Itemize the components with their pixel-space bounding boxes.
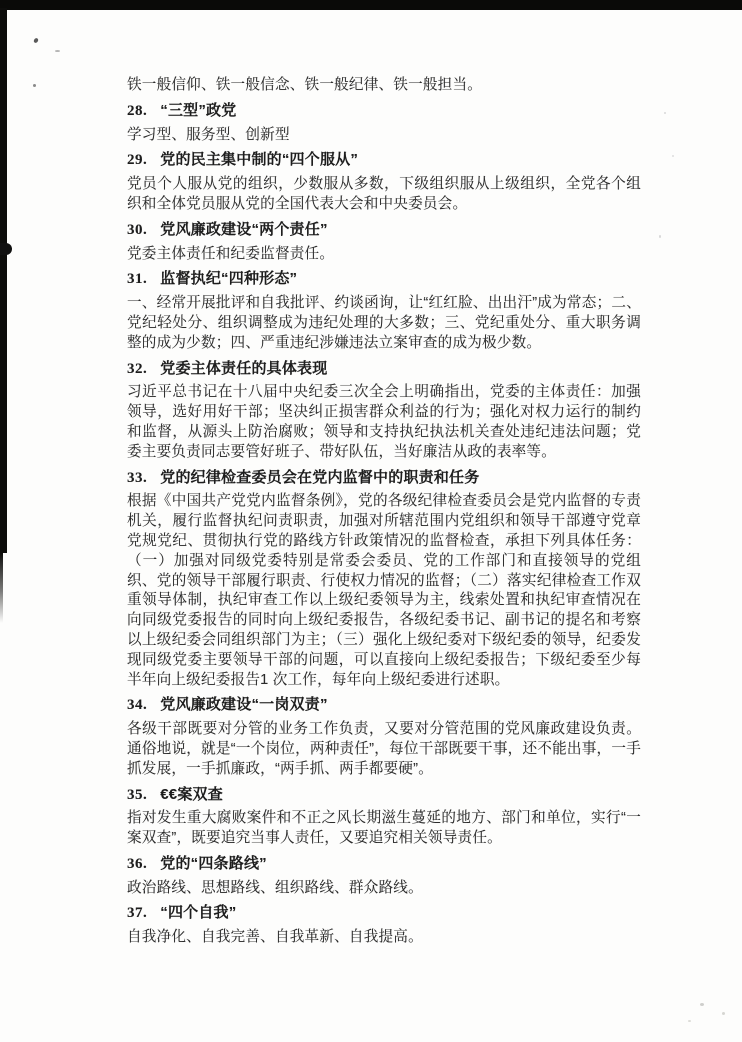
item-number: 30. <box>127 222 147 238</box>
item-number: 32. <box>127 361 147 377</box>
item-title: 监督执纪“四种形态” <box>160 270 297 287</box>
item-title: 党的民主集中制的“四个服从” <box>160 151 358 168</box>
scan-speck <box>55 50 60 52</box>
item-number: 37. <box>127 905 147 921</box>
list-item: 34.党风廉政建设“一岗双责” 各级干部既要对分管的业务工作负责，又要对分管范围… <box>127 695 641 779</box>
item-title: 党委主体责任的具体表现 <box>160 360 327 377</box>
scan-speck <box>664 112 666 114</box>
list-item: 29.党的民主集中制的“四个服从” 党员个人服从党的组织，少数服从多数，下级组织… <box>127 150 641 214</box>
item-body: 政治路线、思想路线、组织路线、群众路线。 <box>127 879 641 899</box>
list-item: 36.党的“四条路线” 政治路线、思想路线、组织路线、群众路线。 <box>127 854 641 899</box>
item-body: 学习型、服务型、创新型 <box>127 126 641 146</box>
list-item: 31.监督执纪“四种形态” 一、经常开展批评和自我批评、约谈函询，让“红红脸、出… <box>127 269 641 353</box>
item-heading: 35.€€案双查 <box>127 785 641 806</box>
list-item: 37.“四个自我” 自我净化、自我完善、自我革新、自我提高。 <box>127 903 641 948</box>
item-number: 31. <box>127 271 147 287</box>
list-item: 32.党委主体责任的具体表现 习近平总书记在十八届中央纪委三次全会上明确指出，党… <box>127 359 641 463</box>
item-number: 35. <box>127 787 147 803</box>
scan-speck <box>33 84 36 87</box>
item-heading: 28.“三型”政党 <box>127 101 641 122</box>
item-body: 党员个人服从党的组织，少数服从多数，下级组织服从上级组织，全党各个组织和全体党员… <box>127 175 641 215</box>
document-text-column: 铁一般信仰、铁一般信念、铁一般纪律、铁一般担当。 28.“三型”政党 学习型、服… <box>127 76 641 950</box>
item-number: 29. <box>127 152 147 168</box>
item-heading: 29.党的民主集中制的“四个服从” <box>127 150 641 171</box>
item-number: 34. <box>127 697 147 713</box>
item-body: 自我净化、自我完善、自我革新、自我提高。 <box>127 928 641 948</box>
item-title: 党风廉政建设“两个责任” <box>160 221 327 238</box>
list-item: 30.党风廉政建设“两个责任” 党委主体责任和纪委监督责任。 <box>127 220 641 265</box>
item-body: 习近平总书记在十八届中央纪委三次全会上明确指出，党委的主体责任：加强领导，选好用… <box>127 383 641 462</box>
scanned-document-page: 铁一般信仰、铁一般信念、铁一般纪律、铁一般担当。 28.“三型”政党 学习型、服… <box>0 0 742 1042</box>
list-item: 35.€€案双查 指对发生重大腐败案件和不正之风长期滋生蔓延的地方、部门和单位，… <box>127 785 641 849</box>
scan-speck <box>659 235 661 238</box>
item-heading: 33.党的纪律检查委员会在党内监督中的职责和任务 <box>127 468 641 489</box>
list-item: 33.党的纪律检查委员会在党内监督中的职责和任务 根据《中国共产党党内监督条例》… <box>127 468 641 691</box>
item-body: 指对发生重大腐败案件和不正之风长期滋生蔓延的地方、部门和单位，实行“一案双查”，… <box>127 809 641 849</box>
continuation-paragraph: 铁一般信仰、铁一般信念、铁一般纪律、铁一般担当。 <box>127 76 641 96</box>
item-body: 党委主体责任和纪委监督责任。 <box>127 245 641 265</box>
scan-speck <box>700 1003 704 1006</box>
item-number: 28. <box>127 103 147 119</box>
list-item: 28.“三型”政党 学习型、服务型、创新型 <box>127 101 641 146</box>
items-container: 28.“三型”政党 学习型、服务型、创新型 29.党的民主集中制的“四个服从” … <box>127 101 641 948</box>
scan-artifact-left-edge-fade <box>0 553 3 623</box>
item-title: “四个自我” <box>160 904 236 921</box>
item-body: 各级干部既要对分管的业务工作负责，又要对分管范围的党风廉政建设负责。通俗地说，就… <box>127 720 641 779</box>
scan-speck <box>722 1012 725 1015</box>
item-body: 根据《中国共产党党内监督条例》，党的各级纪律检查委员会是党内监督的专责机关，履行… <box>127 492 641 690</box>
item-heading: 36.党的“四条路线” <box>127 854 641 875</box>
scan-speck <box>672 155 674 157</box>
scan-speck <box>33 37 39 43</box>
scan-artifact-left-blotch <box>0 243 12 255</box>
item-heading: 34.党风廉政建设“一岗双责” <box>127 695 641 716</box>
item-title: 党的纪律检查委员会在党内监督中的职责和任务 <box>160 469 479 486</box>
item-heading: 37.“四个自我” <box>127 903 641 924</box>
item-title: 党的“四条路线” <box>160 855 267 872</box>
item-heading: 32.党委主体责任的具体表现 <box>127 359 641 380</box>
scan-artifact-left-edge <box>0 8 7 553</box>
item-number: 33. <box>127 470 147 486</box>
item-number: 36. <box>127 856 147 872</box>
item-heading: 30.党风廉政建设“两个责任” <box>127 220 641 241</box>
item-title: 党风廉政建设“一岗双责” <box>160 696 327 713</box>
scan-artifact-top-edge <box>0 0 742 10</box>
item-title: €€案双查 <box>160 786 223 803</box>
scan-speck <box>688 1020 691 1022</box>
item-heading: 31.监督执纪“四种形态” <box>127 269 641 290</box>
item-title: “三型”政党 <box>160 102 236 119</box>
item-body: 一、经常开展批评和自我批评、约谈函询，让“红红脸、出出汗”成为常态；二、党纪轻处… <box>127 294 641 353</box>
